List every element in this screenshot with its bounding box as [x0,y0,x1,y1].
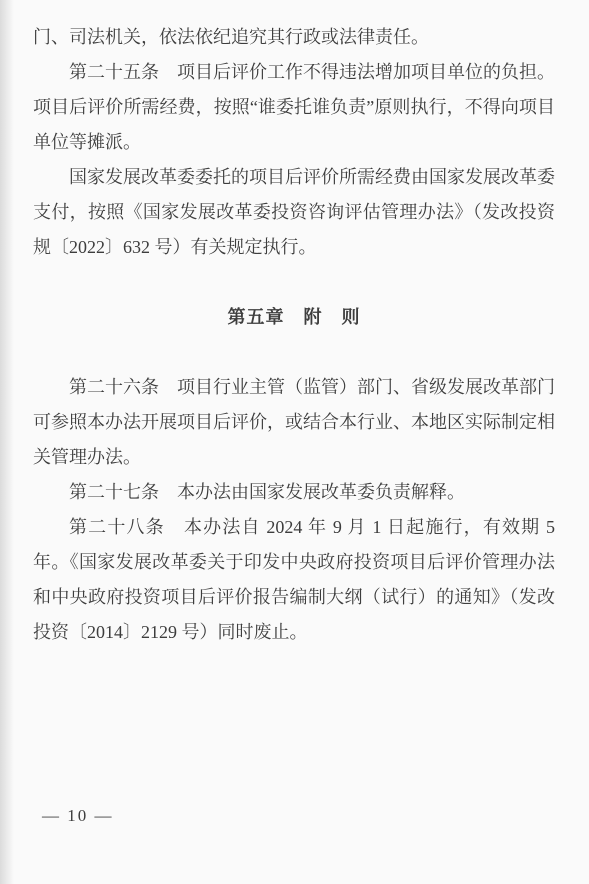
paragraph-funding-provision: 国家发展改革委委托的项目后评价所需经费由国家发展改革委支付，按照《国家发展改革委… [33,160,555,265]
paragraph-article-27: 第二十七条 本办法由国家发展改革委负责解释。 [33,475,555,510]
document-page: 门、司法机关，依法依纪追究其行政或法律责任。 第二十五条 项目后评价工作不得违法… [0,0,589,884]
document-body: 门、司法机关，依法依纪追究其行政或法律责任。 第二十五条 项目后评价工作不得违法… [33,20,555,650]
paragraph-article-26: 第二十六条 项目行业主管（监管）部门、省级发展改革部门可参照本办法开展项目后评价… [33,370,555,475]
paragraph-article-28: 第二十八条 本办法自 2024 年 9 月 1 日起施行，有效期 5 年。《国家… [33,510,555,650]
paragraph-continuation: 门、司法机关，依法依纪追究其行政或法律责任。 [33,20,555,55]
page-number: — 10 — [42,802,114,830]
chapter-heading: 第五章 附 则 [33,300,555,335]
paragraph-article-25: 第二十五条 项目后评价工作不得违法增加项目单位的负担。项目后评价所需经费，按照“… [33,55,555,160]
